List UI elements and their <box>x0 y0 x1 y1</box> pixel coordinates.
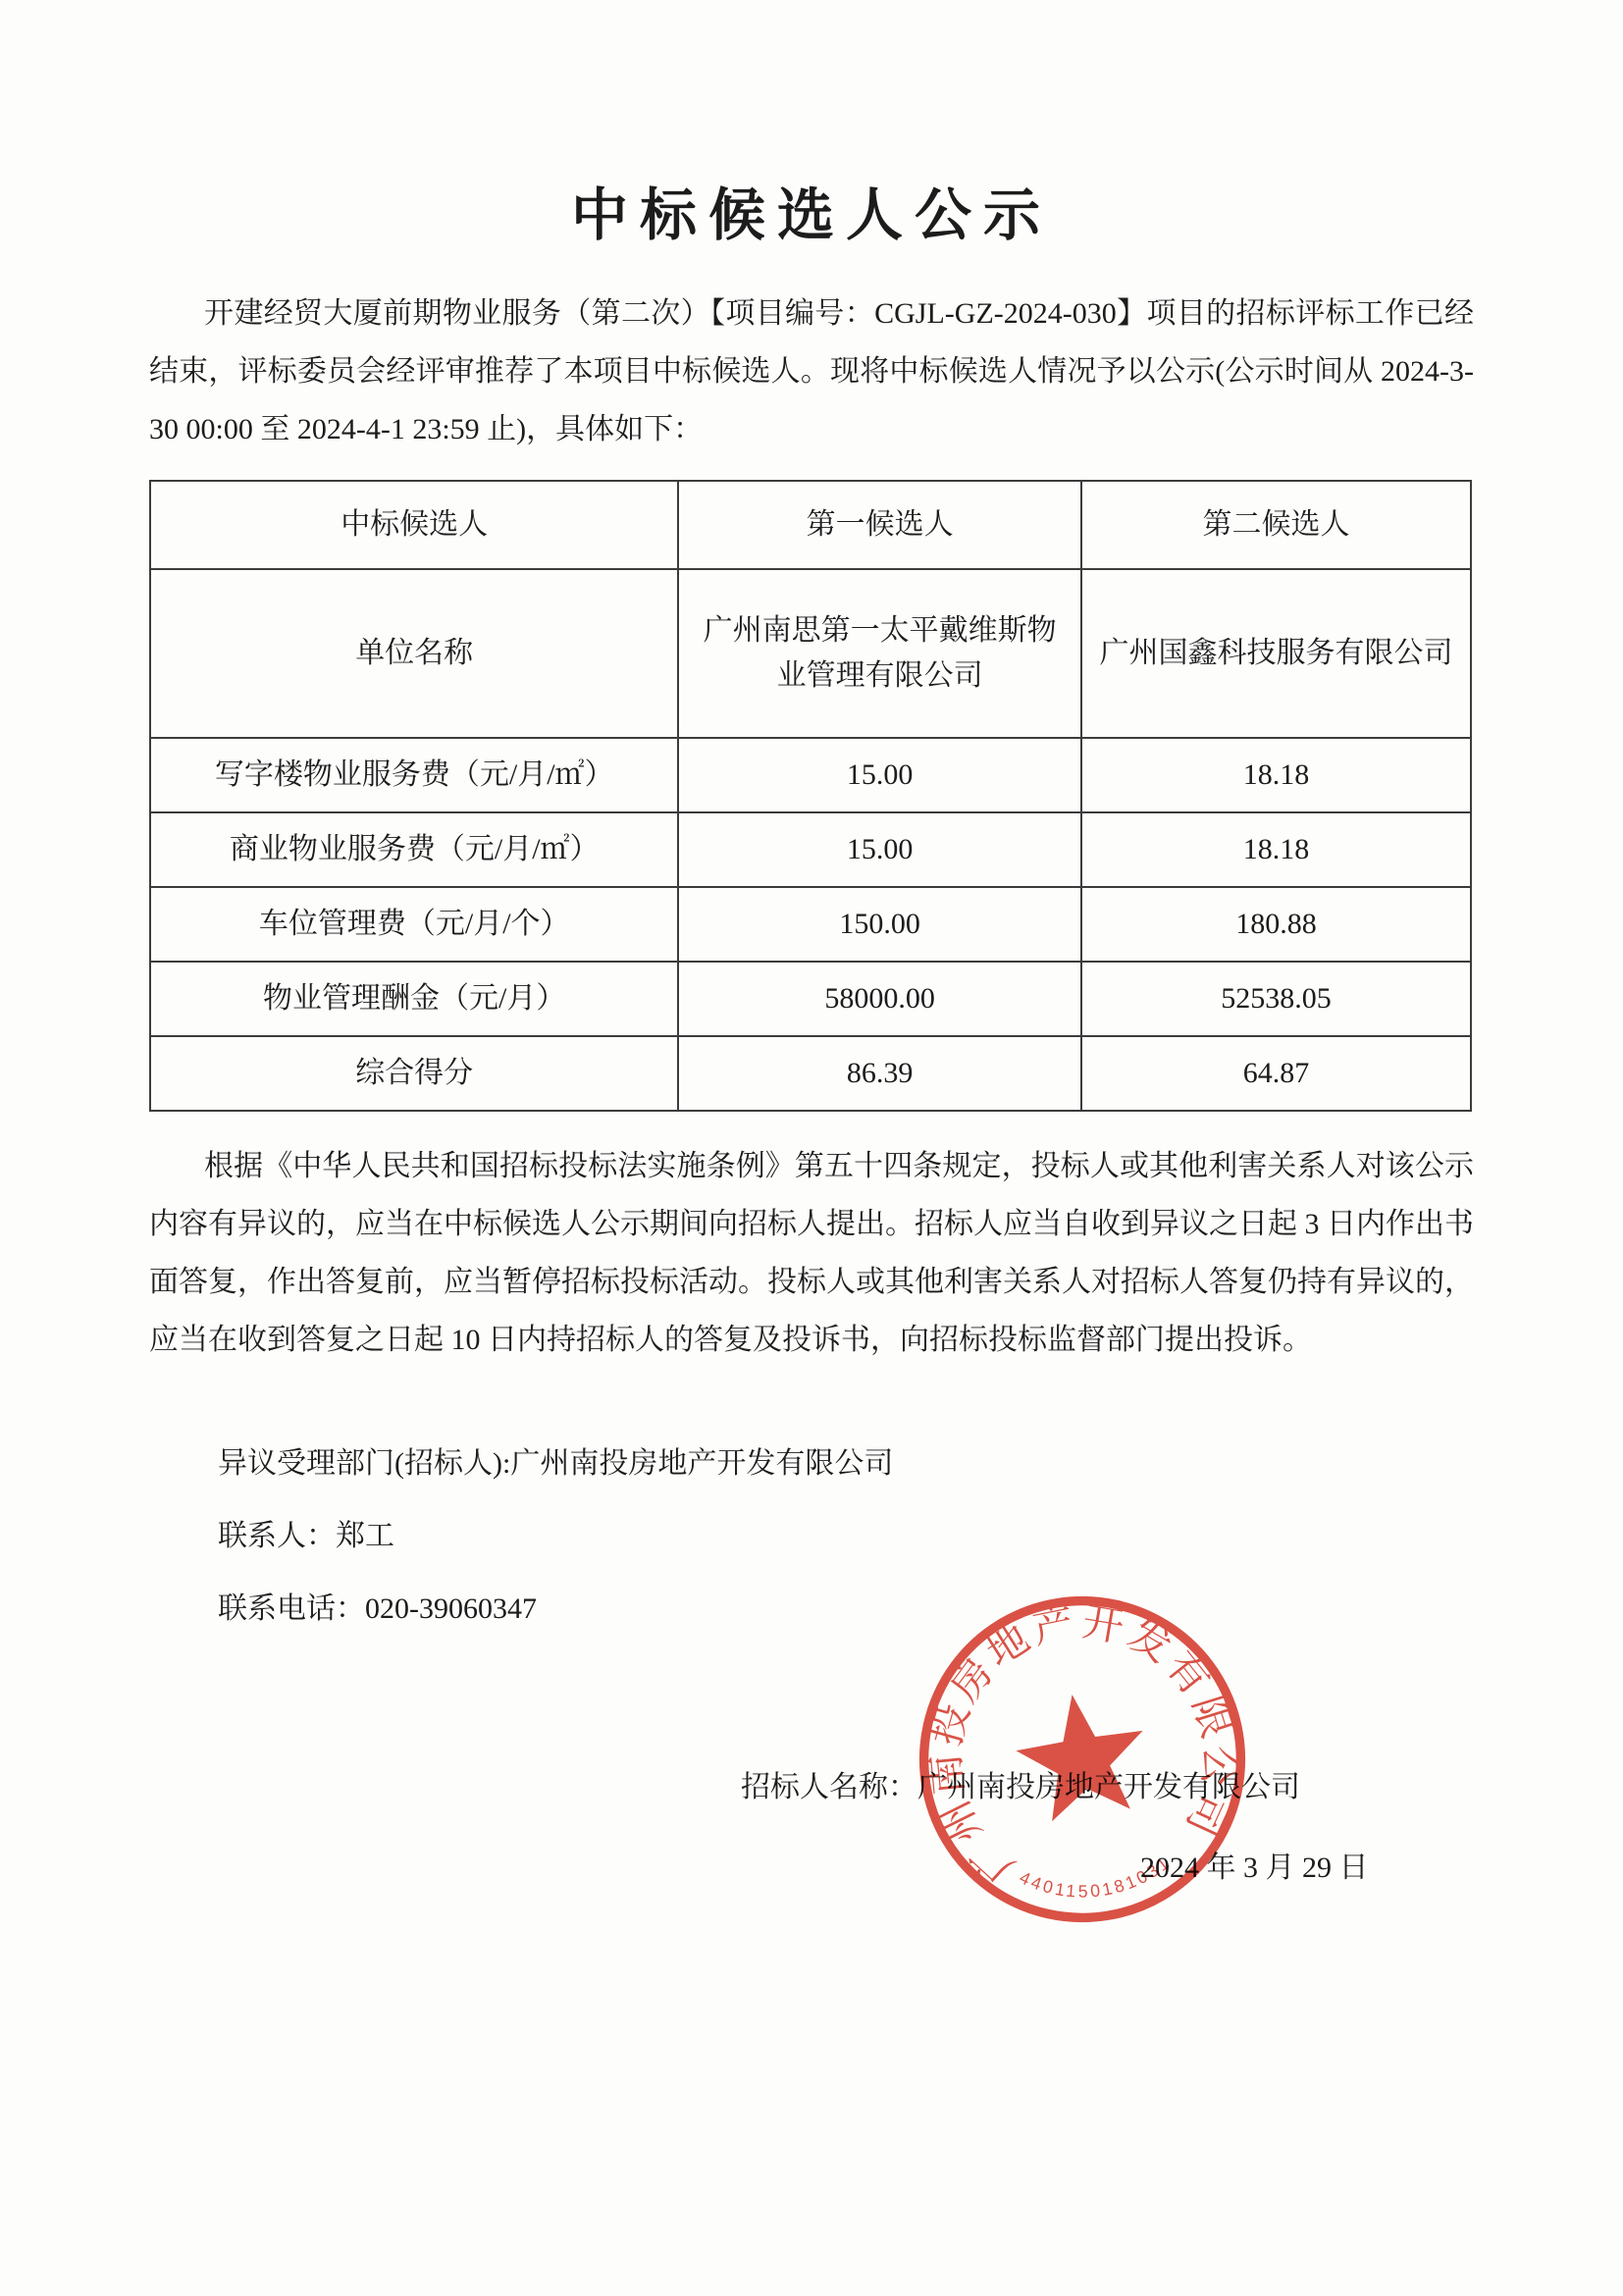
contact-person: 联系人：郑工 <box>218 1500 1474 1573</box>
row-label: 商业物业服务费（元/月/㎡） <box>150 812 678 887</box>
table-row: 单位名称 广州南思第一太平戴维斯物业管理有限公司 广州国鑫科技服务有限公司 <box>150 569 1471 738</box>
row-second-value: 广州国鑫科技服务有限公司 <box>1081 569 1471 738</box>
intro-paragraph: 开建经贸大厦前期物业服务（第二次）【项目编号：CGJL-GZ-2024-030】… <box>149 285 1474 458</box>
bidder-name-line: 招标人名称：广州南投房地产开发有限公司 <box>741 1762 1300 1805</box>
contact-phone: 联系电话：020-39060347 <box>218 1573 1474 1645</box>
row-first-value: 86.39 <box>678 1036 1081 1111</box>
row-second-value: 18.18 <box>1081 812 1471 887</box>
row-first-value: 58000.00 <box>678 962 1081 1036</box>
document-date: 2024 年 3 月 29 日 <box>1140 1843 1369 1886</box>
row-label: 综合得分 <box>150 1036 678 1111</box>
row-second-value: 64.87 <box>1081 1036 1471 1111</box>
row-first-value: 15.00 <box>678 738 1081 812</box>
row-label: 车位管理费（元/月/个） <box>150 887 678 962</box>
row-second-value: 18.18 <box>1081 738 1471 812</box>
document-content: 中标候选人公示 开建经贸大厦前期物业服务（第二次）【项目编号：CGJL-GZ-2… <box>149 0 1474 1645</box>
row-first-value: 15.00 <box>678 812 1081 887</box>
table-header-row: 中标候选人 第一候选人 第二候选人 <box>150 481 1471 569</box>
table-row: 综合得分 86.39 64.87 <box>150 1036 1471 1111</box>
header-cell-second-candidate: 第二候选人 <box>1081 481 1471 569</box>
row-label: 单位名称 <box>150 569 678 738</box>
legal-paragraph: 根据《中华人民共和国招标投标法实施条例》第五十四条规定，投标人或其他利害关系人对… <box>149 1137 1474 1369</box>
row-first-value: 150.00 <box>678 887 1081 962</box>
row-first-value: 广州南思第一太平戴维斯物业管理有限公司 <box>678 569 1081 738</box>
bidder-name-value: 广州南投房地产开发有限公司 <box>917 1771 1300 1803</box>
header-cell-first-candidate: 第一候选人 <box>678 481 1081 569</box>
row-label: 写字楼物业服务费（元/月/㎡） <box>150 738 678 812</box>
candidates-table: 中标候选人 第一候选人 第二候选人 单位名称 广州南思第一太平戴维斯物业管理有限… <box>149 480 1472 1112</box>
row-second-value: 52538.05 <box>1081 962 1471 1036</box>
row-label: 物业管理酬金（元/月） <box>150 962 678 1036</box>
bidder-name-label: 招标人名称： <box>741 1771 917 1803</box>
header-cell-candidate: 中标候选人 <box>150 481 678 569</box>
contact-block: 异议受理部门(招标人):广州南投房地产开发有限公司 联系人：郑工 联系电话：02… <box>218 1428 1474 1645</box>
table-row: 写字楼物业服务费（元/月/㎡） 15.00 18.18 <box>150 738 1471 812</box>
page-title: 中标候选人公示 <box>149 169 1474 251</box>
row-second-value: 180.88 <box>1081 887 1471 962</box>
scanned-document-page: 中标候选人公示 开建经贸大厦前期物业服务（第二次）【项目编号：CGJL-GZ-2… <box>0 0 1623 2296</box>
contact-department: 异议受理部门(招标人):广州南投房地产开发有限公司 <box>218 1428 1474 1500</box>
table-row: 物业管理酬金（元/月） 58000.00 52538.05 <box>150 962 1471 1036</box>
table-row: 车位管理费（元/月/个） 150.00 180.88 <box>150 887 1471 962</box>
table-row: 商业物业服务费（元/月/㎡） 15.00 18.18 <box>150 812 1471 887</box>
